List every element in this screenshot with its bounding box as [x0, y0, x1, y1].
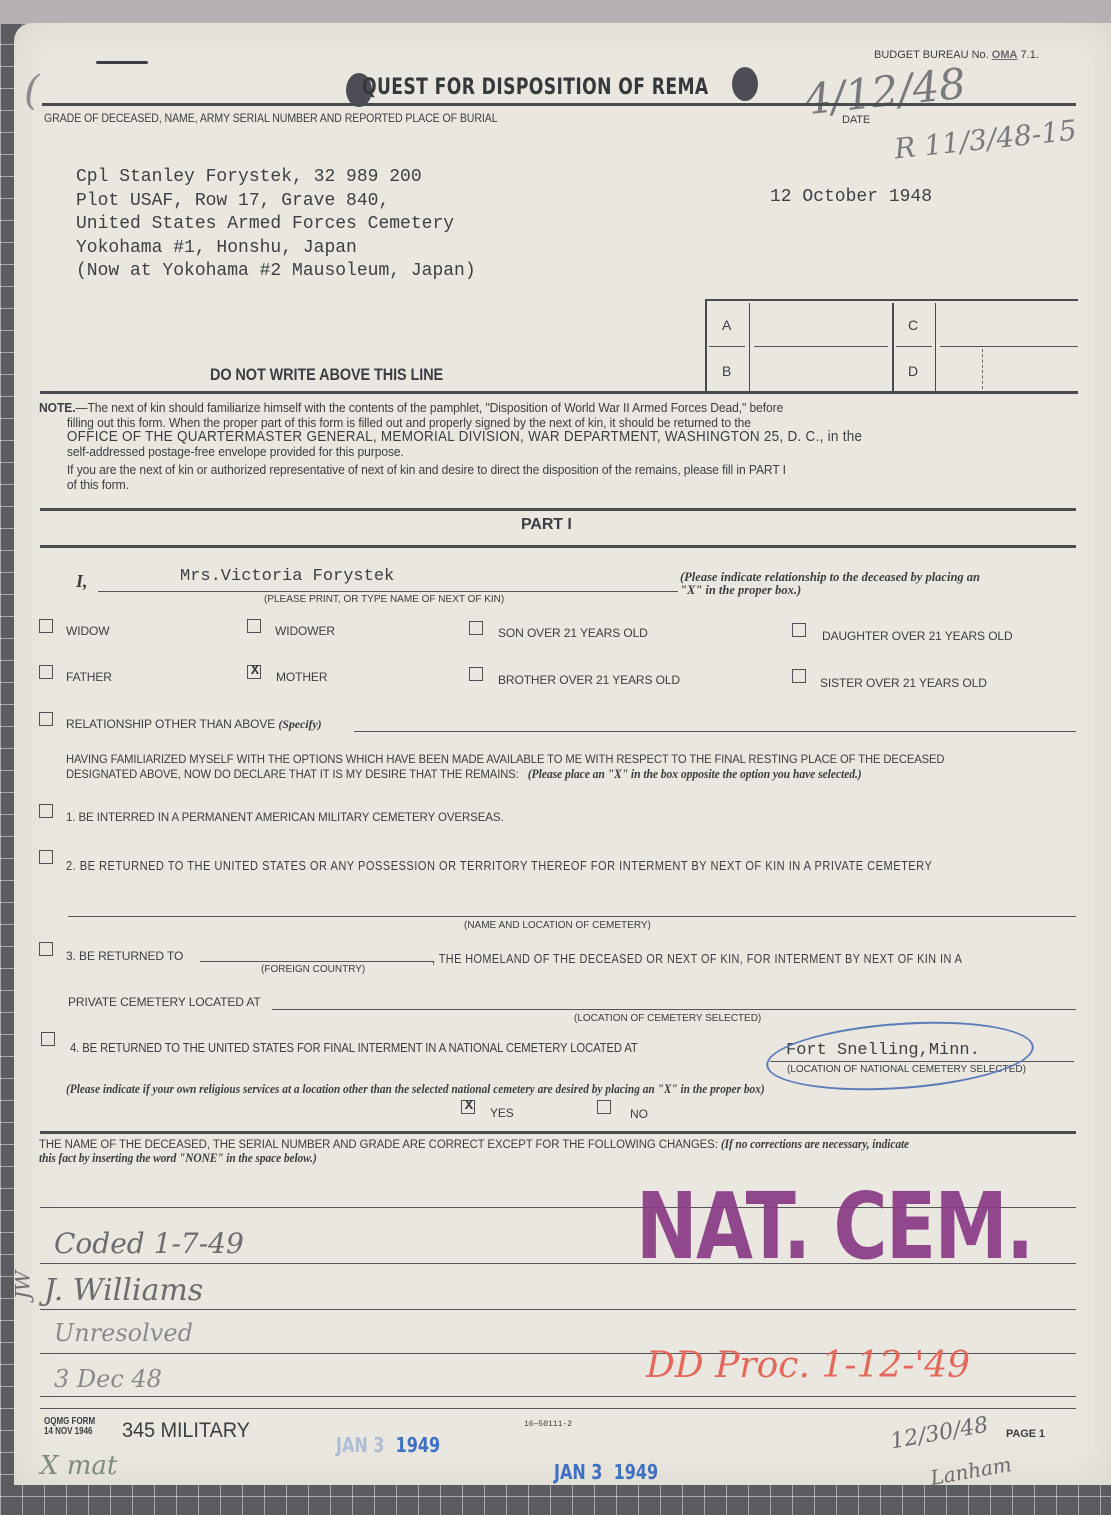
daughter-checkbox[interactable] [792, 623, 806, 637]
note-line: If you are the next of kin or authorized… [39, 463, 862, 478]
form-label: OQMG FORM 14 NOV 1946 [44, 1417, 95, 1437]
handwritten-date-1: 4/12/48 [802, 59, 968, 125]
office-box-mid-d [940, 346, 1078, 347]
other-relationship-checkbox[interactable] [39, 712, 53, 726]
x-mark-icon: X [462, 1098, 476, 1114]
form-number: 345 MILITARY [122, 1419, 250, 1443]
note-line: OFFICE OF THE QUARTERMASTER GENERAL, MEM… [39, 430, 862, 445]
option-2-label: 2. BE RETURNED TO THE UNITED STATES OR A… [66, 859, 932, 873]
blue-stamp-1-year: 1949 [396, 1433, 441, 1457]
budget-bureau-text: BUDGET BUREAU No. [874, 49, 989, 61]
office-box-top [706, 299, 1078, 301]
option-4-label: 4. BE RETURNED TO THE UNITED STATES FOR … [70, 1041, 638, 1055]
option-2-cemetery-line[interactable] [68, 916, 1076, 917]
option-3-country-line[interactable] [200, 961, 434, 962]
deceased-line: Plot USAF, Row 17, Grave 840, [76, 190, 476, 214]
part1-heading: PART I [521, 516, 572, 534]
blue-stamp-2-year: 1949 [614, 1460, 659, 1484]
sister-label: SISTER OVER 21 YEARS OLD [820, 676, 987, 690]
title-rule [42, 103, 1076, 106]
option-3-label-b: , THE HOMELAND OF THE DECEASED OR NEXT O… [432, 952, 962, 966]
corrections-label: THE NAME OF THE DECEASED, THE SERIAL NUM… [39, 1137, 909, 1165]
next-of-kin-name-input[interactable]: Mrs.Victoria Forystek [180, 567, 394, 586]
mother-label: MOTHER [276, 670, 327, 684]
form-label-2: 14 NOV 1946 [44, 1427, 95, 1437]
margin-check-mark: ( [24, 68, 40, 114]
handwritten-right-name: Lanham [929, 1452, 1014, 1490]
blue-date-stamp-2: JAN 3 1949 [554, 1460, 658, 1484]
office-box-divider-3 [935, 303, 936, 391]
x-mark-icon: X [248, 663, 262, 679]
other-relationship-label: RELATIONSHIP OTHER THAN ABOVE (Specify) [66, 717, 321, 732]
father-label: FATHER [66, 670, 112, 684]
deceased-info: Cpl Stanley Forystek, 32 989 200 Plot US… [76, 166, 476, 284]
corrections-hint-2: this fact by inserting the word "NONE" i… [39, 1151, 909, 1165]
option-2-checkbox[interactable] [39, 850, 53, 864]
part1-top-rule [40, 508, 1076, 511]
do-not-write-label: DO NOT WRITE ABOVE THIS LINE [210, 365, 443, 385]
do-not-write-rule [40, 391, 1078, 394]
declaration-hint: (Please place an "X" in the box opposite… [528, 767, 862, 781]
page-number: PAGE 1 [1006, 1428, 1045, 1440]
relationship-hint-line: "X" in the proper box.) [680, 584, 980, 597]
option-3-checkbox[interactable] [39, 942, 53, 956]
option-4-checkbox[interactable] [41, 1032, 55, 1046]
option-3-location-line[interactable] [272, 1009, 1076, 1010]
i-label: I, [76, 571, 88, 592]
deceased-line: Yokohama #1, Honshu, Japan [76, 237, 476, 261]
yes-checkbox[interactable]: X [461, 1100, 475, 1114]
blue-stamp-2-month: JAN 3 [554, 1460, 602, 1484]
option-3-label-c: PRIVATE CEMETERY LOCATED AT [68, 995, 261, 1009]
no-label: NO [630, 1107, 648, 1121]
daughter-label: DAUGHTER OVER 21 YEARS OLD [822, 629, 1013, 643]
handwritten-unresolved: Unresolved [54, 1319, 193, 1347]
father-checkbox[interactable] [39, 665, 53, 679]
other-relationship-text: RELATIONSHIP OTHER THAN ABOVE [66, 717, 275, 731]
office-cell-b: B [722, 363, 731, 379]
religious-hint: (Please indicate if your own religious s… [66, 1082, 765, 1097]
punch-hole-right [732, 67, 758, 101]
brother-checkbox[interactable] [469, 667, 483, 681]
note-text: —The next of kin should familiarize hims… [75, 400, 783, 415]
part1-bottom-rule [40, 545, 1076, 548]
handwritten-signature: J. Williams [44, 1273, 203, 1308]
office-cell-a: A [722, 317, 731, 333]
yes-label: YES [490, 1106, 514, 1120]
sister-checkbox[interactable] [792, 669, 806, 683]
corrections-line[interactable] [40, 1396, 1076, 1397]
print-code: 16—50111-2 [524, 1420, 572, 1429]
form-page: ( QUEST FOR DISPOSITION OF REMA BUDGET B… [14, 23, 1111, 1485]
footer-rule [40, 1408, 1076, 1409]
office-box-mid-a [709, 346, 745, 347]
note-line: self-addressed postage-free envelope pro… [39, 445, 862, 460]
corrections-text: THE NAME OF THE DECEASED, THE SERIAL NUM… [39, 1137, 718, 1151]
corrections-line[interactable] [40, 1309, 1076, 1310]
deceased-line: United States Armed Forces Cemetery [76, 213, 476, 237]
handwritten-coded: Coded 1-7-49 [54, 1227, 244, 1260]
widower-label: WIDOWER [275, 624, 335, 638]
budget-bureau-number: OMA [992, 49, 1018, 61]
next-of-kin-line [98, 591, 678, 592]
report-date: 12 October 1948 [770, 187, 932, 207]
blue-stamp-1-month: JAN 3 [336, 1433, 384, 1457]
office-box-left-border [705, 299, 707, 391]
option-1-label: 1. BE INTERRED IN A PERMANENT AMERICAN M… [66, 812, 504, 824]
office-box-dotted [982, 349, 983, 389]
note-line: of this form. [39, 478, 862, 493]
widow-label: WIDOW [66, 624, 110, 638]
date-label: DATE [842, 114, 870, 126]
option-1-checkbox[interactable] [39, 804, 53, 818]
grade-name-label: GRADE OF DECEASED, NAME, ARMY SERIAL NUM… [44, 113, 498, 125]
son-checkbox[interactable] [469, 621, 483, 635]
note-block: NOTE.—The next of kin should familiarize… [39, 401, 862, 492]
background-top [0, 0, 1111, 24]
option-3-country-caption: (FOREIGN COUNTRY) [261, 964, 365, 975]
widow-checkbox[interactable] [39, 619, 53, 633]
deceased-line: (Now at Yokohama #2 Mausoleum, Japan) [76, 260, 476, 284]
deceased-line: Cpl Stanley Forystek, 32 989 200 [76, 166, 476, 190]
office-box-mid-b [754, 346, 888, 347]
blue-pen-circle [764, 1014, 1036, 1099]
note-line: filling out this form. When the proper p… [39, 416, 862, 431]
relationship-hint: (Please indicate relationship to the dec… [680, 571, 980, 597]
form-title: QUEST FOR DISPOSITION OF REMA [362, 75, 709, 100]
specify-hint: (Specify) [278, 717, 321, 731]
office-box-divider-1 [749, 303, 750, 391]
brother-label: BROTHER OVER 21 YEARS OLD [498, 673, 680, 687]
office-cell-c: C [908, 317, 918, 333]
note-lead: NOTE. [39, 400, 75, 415]
staple-mark [96, 61, 148, 64]
option-3-label-a: 3. BE RETURNED TO [66, 949, 183, 963]
office-box-mid-c [896, 346, 932, 347]
handwritten-x-mat: X mat [40, 1451, 117, 1481]
corrections-line-1: THE NAME OF THE DECEASED, THE SERIAL NUM… [39, 1137, 909, 1151]
options-bottom-rule [40, 1131, 1076, 1134]
office-cell-d: D [908, 363, 918, 379]
note-line: NOTE.—The next of kin should familiarize… [39, 401, 862, 416]
declaration-text: DESIGNATED ABOVE, NOW DO DECLARE THAT IT… [66, 767, 519, 781]
other-relationship-line[interactable] [354, 731, 1076, 732]
widower-checkbox[interactable] [247, 619, 261, 633]
margin-initials: JW [10, 1271, 34, 1300]
corrections-hint: (If no corrections are necessary, indica… [721, 1137, 909, 1151]
nat-cem-stamp: NAT. CEM. [636, 1173, 1033, 1280]
option-3-location-caption: (LOCATION OF CEMETERY SELECTED) [574, 1013, 761, 1024]
handwritten-date-2: R 11/3/48-15 [893, 114, 1078, 166]
red-pencil-note: DD Proc. 1-12-'49 [646, 1345, 970, 1386]
declaration-line-1: HAVING FAMILIARIZED MYSELF WITH THE OPTI… [66, 752, 944, 767]
office-box-divider-2 [892, 303, 894, 391]
mother-checkbox[interactable]: X [247, 665, 261, 679]
next-of-kin-caption: (PLEASE PRINT, OR TYPE NAME OF NEXT OF K… [264, 594, 504, 605]
blue-date-stamp-1: JAN 3 1949 [336, 1433, 440, 1457]
no-checkbox[interactable] [597, 1100, 611, 1114]
budget-bureau-suffix: 7.1. [1021, 49, 1039, 61]
option-2-caption: (NAME AND LOCATION OF CEMETERY) [464, 920, 651, 931]
son-label: SON OVER 21 YEARS OLD [498, 626, 648, 640]
declaration: HAVING FAMILIARIZED MYSELF WITH THE OPTI… [66, 752, 944, 781]
handwritten-right-date: 12/30/48 [889, 1413, 991, 1455]
handwritten-date: 3 Dec 48 [54, 1365, 162, 1393]
declaration-line-2: DESIGNATED ABOVE, NOW DO DECLARE THAT IT… [66, 767, 944, 782]
